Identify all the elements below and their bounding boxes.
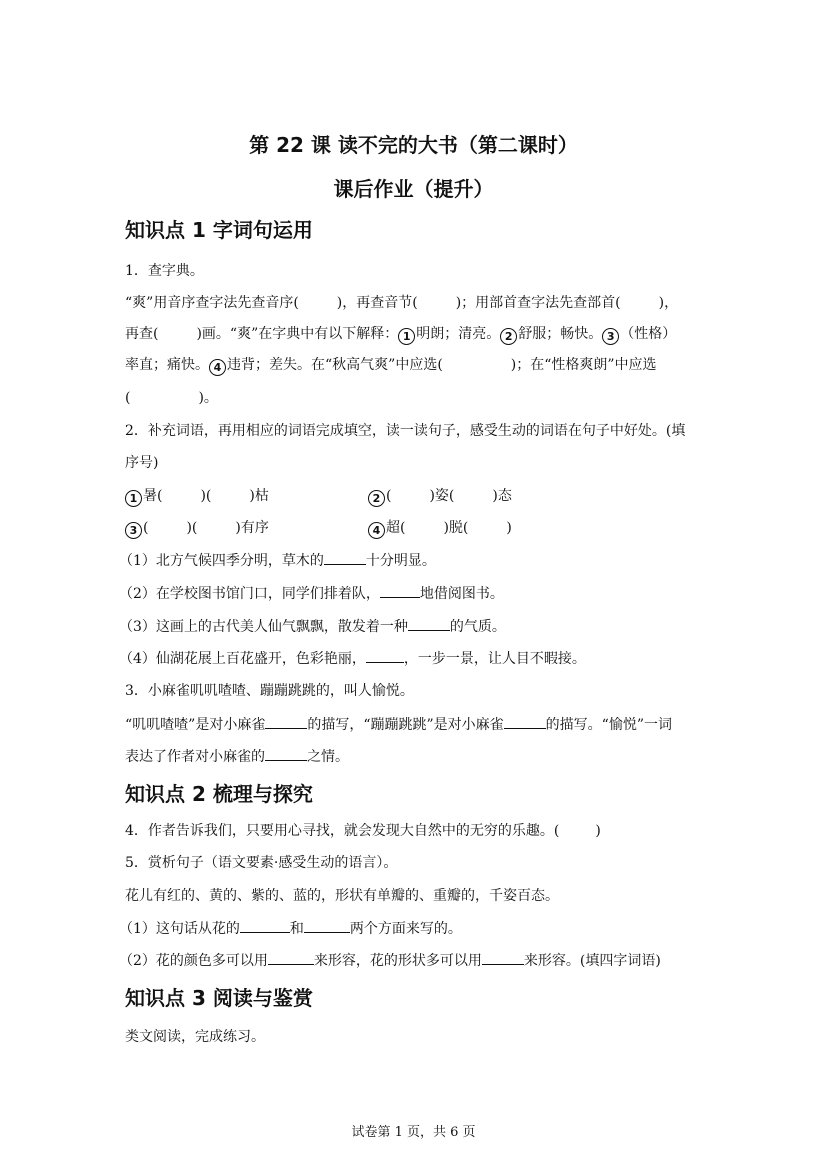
question-2-stem-cont: 序号) <box>125 453 158 473</box>
text-seg: （性格） <box>620 326 676 342</box>
fill-sentence-1: （1）北方气候四季分明，草木的十分明显。 <box>119 550 436 571</box>
reading-intro: 类文阅读，完成练习。 <box>125 1027 265 1047</box>
circled-number-icon: 3 <box>602 328 619 345</box>
text-seg: 舒服；畅快。 <box>518 326 602 342</box>
question-3-line-1: “叽叽喳喳”是对小麻雀的描写，“蹦蹦跳跳”是对小麻雀的描写。“愉悦”一词 <box>125 714 672 735</box>
text-seg: 地借阅图书。 <box>420 586 504 602</box>
fill-blank[interactable] <box>324 550 366 565</box>
fill-blank[interactable] <box>268 950 314 965</box>
text-seg: ，一步一景，让人目不暇接。 <box>404 651 586 667</box>
fill-sentence-4: （4）仙湖花展上百花盛开，色彩艳丽，，一步一景，让人目不暇接。 <box>119 648 586 669</box>
text-seg: )，再查音节( <box>337 295 418 311</box>
question-1-line-2: 再查()画。“爽”在字典中有以下解释：1明朗；清亮。2舒服；畅快。3（性格） <box>125 324 676 345</box>
question-5-sentence: 花儿有红的、黄的、紫的、蓝的，形状有单瓣的、重瓣的，千姿百态。 <box>125 886 559 906</box>
text-seg: （2）花的颜色多可以用 <box>119 953 268 969</box>
document-title: 第 22 课 读不完的大书（第二课时） <box>0 131 827 159</box>
text-seg: 明朗；清亮。 <box>416 326 500 342</box>
text-seg: ( <box>125 390 130 406</box>
text-seg: )枯 <box>249 488 268 504</box>
text-seg: 违背；差失。在“秋高气爽”中应选( <box>227 357 443 373</box>
question-1-line-1: “爽”用音序查字法先查音序()，再查音节()；用部首查字法先查部首()， <box>125 293 678 313</box>
fill-blank[interactable] <box>240 918 290 933</box>
circled-number-icon: 2 <box>368 490 385 507</box>
fill-blank[interactable] <box>366 648 404 663</box>
fill-blank[interactable] <box>265 714 307 729</box>
text-seg: （1）北方气候四季分明，草木的 <box>119 553 324 569</box>
text-seg: )有序 <box>235 520 268 536</box>
text-seg: 来形容。(填四字词语) <box>524 953 661 969</box>
fill-blank[interactable] <box>304 918 350 933</box>
text-seg: 超( <box>386 520 405 536</box>
question-5-sub-1: （1）这句话从花的和两个方面来写的。 <box>119 918 462 939</box>
question-4: 4．作者告诉我们，只要用心寻找，就会发现大自然中的无穷的乐趣。() <box>125 821 601 841</box>
text-seg: “叽叽喳喳”是对小麻雀 <box>125 717 265 733</box>
word-item-4: 4超()脱() <box>368 518 512 539</box>
text-seg: 十分明显。 <box>366 553 436 569</box>
fill-blank[interactable] <box>380 583 420 598</box>
question-5-stem: 5．赏析句子（语文要素·感受生动的语言）。 <box>125 853 397 873</box>
question-1-line-4: ()。 <box>125 388 218 408</box>
text-seg: 率直；痛快。 <box>125 357 209 373</box>
text-seg: )， <box>659 295 678 311</box>
text-seg: )；用部首查字法先查部首( <box>456 295 621 311</box>
text-seg: 暑( <box>143 488 162 504</box>
fill-sentence-2: （2）在学校图书馆门口，同学们排着队，地借阅图书。 <box>119 583 504 604</box>
text-seg: )姿( <box>429 488 454 504</box>
text-seg: （2）在学校图书馆门口，同学们排着队， <box>119 586 380 602</box>
text-seg: 来形容，花的形状多可以用 <box>314 953 482 969</box>
fill-blank[interactable] <box>408 616 450 631</box>
circled-number-icon: 4 <box>209 359 226 376</box>
text-seg: ) <box>506 520 511 536</box>
circled-number-icon: 4 <box>368 522 385 539</box>
text-seg: 再查( <box>125 326 158 342</box>
fill-blank[interactable] <box>482 950 524 965</box>
question-5-sub-2: （2）花的颜色多可以用来形容，花的形状多可以用来形容。(填四字词语) <box>119 950 661 971</box>
text-seg: )；在“性格爽朗”中应选 <box>511 357 657 373</box>
word-item-3: 3()()有序 <box>125 518 269 539</box>
fill-sentence-3: （3）这画上的古代美人仙气飘飘，散发着一种的气质。 <box>119 616 506 637</box>
circled-number-icon: 3 <box>125 522 142 539</box>
section-heading-2: 知识点 2 梳理与探究 <box>125 780 313 808</box>
text-seg: 和 <box>290 921 304 937</box>
text-seg: 4．作者告诉我们，只要用心寻找，就会发现大自然中的无穷的乐趣。( <box>125 823 559 839</box>
text-seg: 的气质。 <box>450 619 506 635</box>
text-seg: )。 <box>198 390 217 406</box>
word-item-2: 2()姿()态 <box>368 486 512 507</box>
text-seg: 的描写，“蹦蹦跳跳”是对小麻雀 <box>307 717 503 733</box>
text-seg: )( <box>186 520 197 536</box>
question-1-line-3: 率直；痛快。4违背；差失。在“秋高气爽”中应选()；在“性格爽朗”中应选 <box>125 355 657 376</box>
word-item-1: 1暑()()枯 <box>125 486 269 507</box>
section-heading-3: 知识点 3 阅读与鉴赏 <box>125 984 313 1012</box>
text-seg: 两个方面来写的。 <box>350 921 462 937</box>
text-seg: 表达了作者对小麻雀的 <box>125 749 265 765</box>
fill-blank[interactable] <box>504 714 546 729</box>
text-seg: （4）仙湖花展上百花盛开，色彩艳丽， <box>119 651 366 667</box>
text-seg: 的描写。“愉悦”一词 <box>546 717 672 733</box>
text-seg: )态 <box>492 488 511 504</box>
question-2-stem: 2．补充词语，再用相应的词语完成填空，读一读句子，感受生动的词语在句子中好处。(… <box>125 421 685 441</box>
text-seg: )画。“爽”在字典中有以下解释： <box>196 326 398 342</box>
text-seg: （3）这画上的古代美人仙气飘飘，散发着一种 <box>119 619 408 635</box>
page-footer: 试卷第 1 页，共 6 页 <box>0 1121 827 1140</box>
fill-blank[interactable] <box>265 746 307 761</box>
document-subtitle: 课后作业（提升） <box>0 175 827 203</box>
text-seg: ) <box>595 823 600 839</box>
text-seg: )脱( <box>443 520 468 536</box>
question-1-stem: 1．查字典。 <box>125 261 204 281</box>
circled-number-icon: 1 <box>398 328 415 345</box>
question-3-stem: 3．小麻雀叽叽喳喳、蹦蹦跳跳的，叫人愉悦。 <box>125 681 414 701</box>
text-seg: ( <box>143 520 148 536</box>
circled-number-icon: 2 <box>500 328 517 345</box>
text-seg: （1）这句话从花的 <box>119 921 240 937</box>
section-heading-1: 知识点 1 字词句运用 <box>125 216 313 244</box>
circled-number-icon: 1 <box>125 490 142 507</box>
text-seg: )( <box>200 488 211 504</box>
text-seg: “爽”用音序查字法先查音序( <box>125 295 299 311</box>
text-seg: ( <box>386 488 391 504</box>
text-seg: 之情。 <box>307 749 349 765</box>
question-3-line-2: 表达了作者对小麻雀的之情。 <box>125 746 349 767</box>
